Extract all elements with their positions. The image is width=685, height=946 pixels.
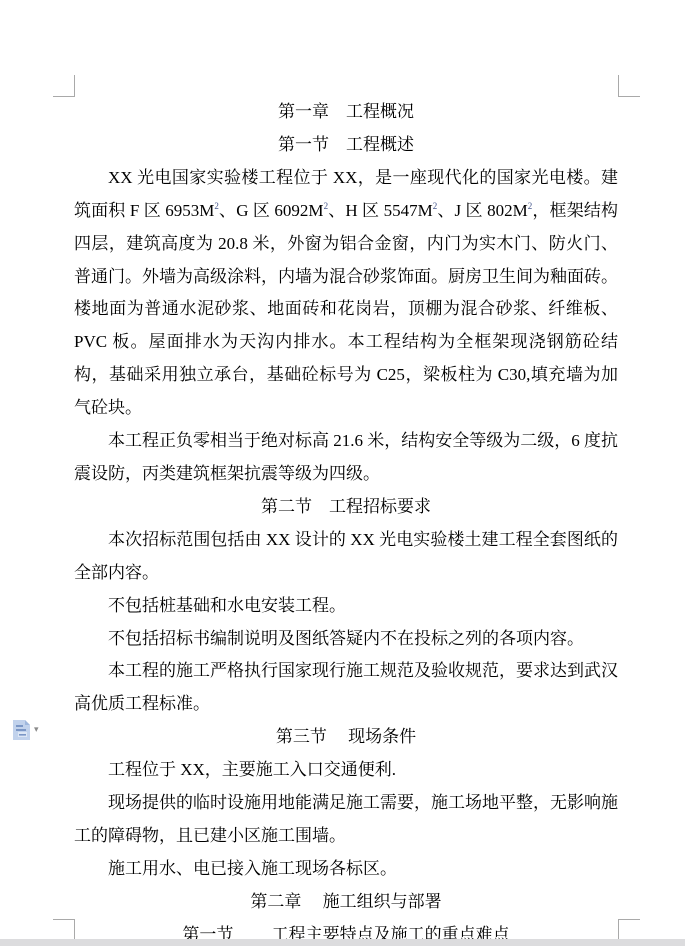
paste-options-button[interactable]: ▾: [13, 719, 45, 741]
page-gap: [0, 939, 685, 946]
paragraph: 施工用水、电已接入施工现场各标区。: [74, 853, 618, 886]
text-boundary-mark-bottom-right: [618, 919, 640, 941]
paragraph: 本次招标范围包括由 XX 设计的 XX 光电实验楼土建工程全套图纸的全部内容。: [74, 524, 618, 590]
text-boundary-mark-top-left: [53, 75, 75, 97]
dropdown-arrow-icon[interactable]: ▾: [34, 726, 39, 735]
paragraph: 本工程的施工严格执行国家现行施工规范及验收规范，要求达到武汉高优质工程标准。: [74, 655, 618, 721]
paragraph: 不包括招标书编制说明及图纸答疑内不在投标之列的各项内容。: [74, 623, 618, 656]
heading: 第二节 工程招标要求: [74, 491, 618, 524]
superscript: 2: [324, 201, 329, 211]
document-content: 第一章 工程概况第一节 工程概述XX 光电国家实验楼工程位于 XX，是一座现代化…: [74, 96, 618, 946]
paragraph: 不包括桩基础和水电安装工程。: [74, 590, 618, 623]
paragraph: 现场提供的临时设施用地能满足施工需要，施工场地平整，无影响施工的障碍物，且已建小…: [74, 787, 618, 853]
heading: 第一节 工程概述: [74, 129, 618, 162]
text-boundary-mark-bottom-left: [53, 919, 75, 941]
heading: 第三节 现场条件: [74, 721, 618, 754]
paragraph: 本工程正负零相当于绝对标高 21.6 米，结构安全等级为二级，6 度抗震设防，丙…: [74, 425, 618, 491]
superscript: 2: [528, 201, 533, 211]
heading: 第二章 施工组织与部署: [74, 886, 618, 919]
paragraph: 工程位于 XX，主要施工入口交通便利.: [74, 754, 618, 787]
text-boundary-mark-top-right: [618, 75, 640, 97]
superscript: 2: [214, 201, 219, 211]
superscript: 2: [433, 201, 438, 211]
paragraph: XX 光电国家实验楼工程位于 XX，是一座现代化的国家光电楼。建筑面积 F 区 …: [74, 162, 618, 425]
paste-options-icon: [13, 720, 30, 740]
heading: 第一章 工程概况: [74, 96, 618, 129]
